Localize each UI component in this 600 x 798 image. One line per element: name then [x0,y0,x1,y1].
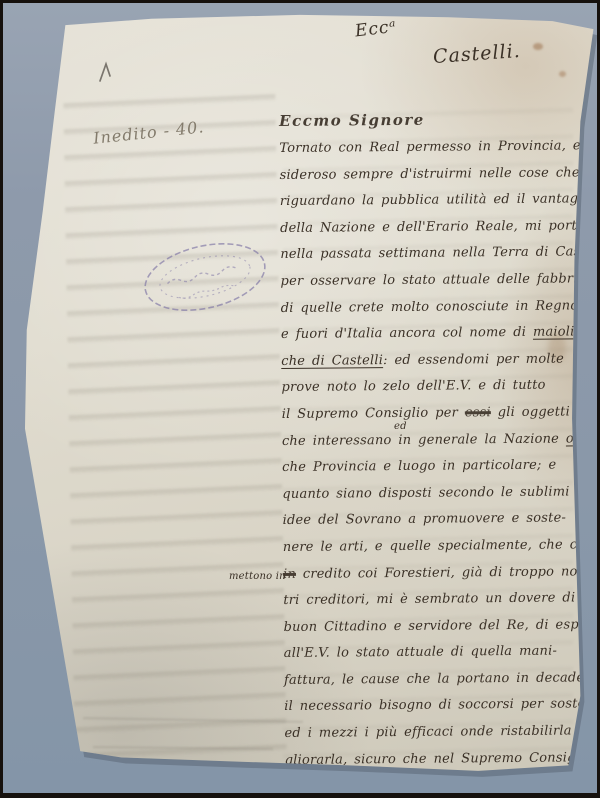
manuscript-line: che Provincia e luogo in particolare; e [282,452,588,481]
manuscript-line: il Supremo Consiglio per essi gli oggett… [282,399,588,428]
manuscript-line: quanto siano disposti secondo le sublimi [282,479,588,508]
manuscript-line: nella passata settimana nella Terra di C… [280,240,586,269]
manuscript-line: fattura, le cause che la portano in deca… [284,665,590,694]
manuscript-line: in credito coi Forestieri, già di troppo… [283,559,589,588]
manuscript-line: riguardano la pubblica utilità ed il van… [280,187,586,216]
photo-frame: Eccᵃ Castelli. Inedito - 40. Eccmo Signo… [0,0,600,798]
manuscript-line: che interessano in generale la Nazione o… [282,426,588,455]
manuscript-line: della Nazione e dell'Erario Reale, mi po… [280,213,586,242]
interlinear-insertion: mettono in [229,571,286,582]
header-name: Castelli. [432,40,521,68]
manuscript-line: il necessario bisogno di soccorsi per so… [284,692,590,721]
manuscript-line: Tornato con Real permesso in Provincia, … [279,133,585,162]
manuscript-paper: Eccᵃ Castelli. Inedito - 40. Eccmo Signo… [3,3,597,793]
manuscript-line: che di Castelli: ed essendomi per molte [281,346,587,375]
manuscript-line: buon Cittadino e servidore del Re, di es… [283,612,589,641]
manuscript-line: per osservare lo stato attuale delle fab… [280,266,586,295]
manuscript-line: e fuori d'Italia ancora col nome di maio… [281,319,587,348]
caret-mark-icon [97,61,115,83]
letter-body: Tornato con Real permesso in Provincia, … [279,133,591,774]
header-abbreviation: Eccᵃ [354,17,398,42]
manuscript-line: di quelle crete molto conosciute in Regn… [281,293,587,322]
paper-stain [43,48,48,53]
manuscript-line: tri creditori, mi è sembrato un dovere d… [283,585,589,614]
ink-bleed-through [63,85,287,767]
manuscript-line: all'E.V. lo stato attuale di quella mani… [284,639,590,668]
salutation-line: Eccmo Signore [279,104,585,136]
pencil-caret-mark [97,61,115,87]
interlinear-insertion: ed [394,421,407,432]
manuscript-line: nere le arti, e quelle specialmente, che… [283,532,589,561]
manuscript-line: ed i mezzi i più efficaci onde ristabili… [284,718,590,747]
manuscript-line: idee del Sovrano a promuovere e soste- [283,506,589,535]
photo-background: Eccᵃ Castelli. Inedito - 40. Eccmo Signo… [3,3,597,793]
letter-text-block: Eccmo Signore Tornato con Real permesso … [279,104,591,774]
manuscript-line: sideroso sempre d'istruirmi nelle cose c… [279,160,585,189]
paper-stain [559,71,566,77]
manuscript-line: prove noto lo zelo dell'E.V. e di tutto [281,373,587,402]
paper-stain [533,43,543,50]
